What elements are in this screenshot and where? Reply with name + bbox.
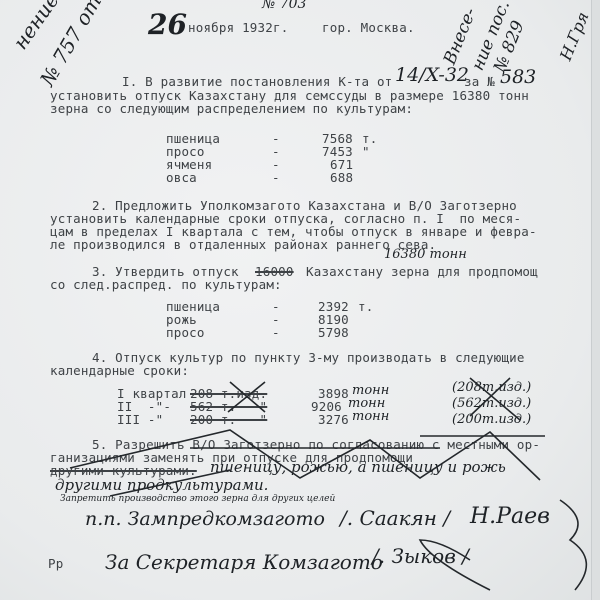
day-handwritten: 26 <box>148 8 187 41</box>
document-page: нение № 757 от № 703 26 ноября 1932г. го… <box>0 0 600 600</box>
signature-line2-title: За Секретаря Комзагото <box>105 550 383 574</box>
section5-hw-line2: другими продкультурами. <box>55 476 268 494</box>
page-edge <box>591 0 600 600</box>
crop-value: 5798 <box>318 325 349 340</box>
crop-dash: - <box>272 170 280 185</box>
crop-unit: т. <box>358 299 373 314</box>
signature-line1-title: п.п. Зампредкомзагото <box>85 508 325 530</box>
section1-no: за № <box>464 74 495 89</box>
crop-unit: " <box>362 144 370 159</box>
signature-line2-name: /. Зыков / <box>372 544 469 568</box>
section3-insertion: 16380 тонн <box>384 247 467 262</box>
mark-pp: Рр <box>48 556 63 571</box>
crop-name: овса <box>166 170 197 185</box>
signature-line1-sign: Н.Раев <box>470 504 550 529</box>
quarter-hw-note: (208т.изд.) <box>452 380 531 395</box>
crop-dash: - <box>272 325 280 340</box>
quarter-struck: 200 т. " <box>190 412 267 427</box>
signature-line1-name: /. Саакян / <box>340 506 450 530</box>
section1-line1: I. В развитие постановления К-та от <box>122 74 392 89</box>
section3-suffix: Казахстану зерна для продпомощ <box>306 264 538 279</box>
decree-date: 14/X-32 <box>395 64 469 86</box>
crop-value: 688 <box>330 170 353 185</box>
quarter-hw-note: (200т.изд.) <box>452 412 531 427</box>
quarter-hw-unit: тонн <box>352 409 389 424</box>
section5-hw-line1: пшеницу, рожью, а пшеницу и рожь <box>210 458 506 476</box>
section3-line2: со след.распред. по культурам: <box>50 277 282 292</box>
date-text: ноября 1932г. <box>188 20 288 35</box>
section2-line4: ле производился в отдаленных районах ран… <box>50 237 436 252</box>
doc-number: № 703 <box>262 0 306 12</box>
decree-number: 583 <box>500 66 536 88</box>
section1-line3: зерна со следующим распределением по кул… <box>50 101 413 116</box>
section5-hw-line3: Запретить производство этого зерна для д… <box>60 494 335 504</box>
quarter-label: III -" <box>117 412 163 427</box>
section4-line2: календарные сроки: <box>50 363 189 378</box>
quarter-value: 3276 <box>318 412 349 427</box>
city: гор. Москва. <box>322 20 415 35</box>
quarter-hw-note: (562т.изд.) <box>452 396 531 411</box>
margin-note-right-4: Н.Гря <box>556 9 593 63</box>
crop-name: просо <box>166 325 205 340</box>
